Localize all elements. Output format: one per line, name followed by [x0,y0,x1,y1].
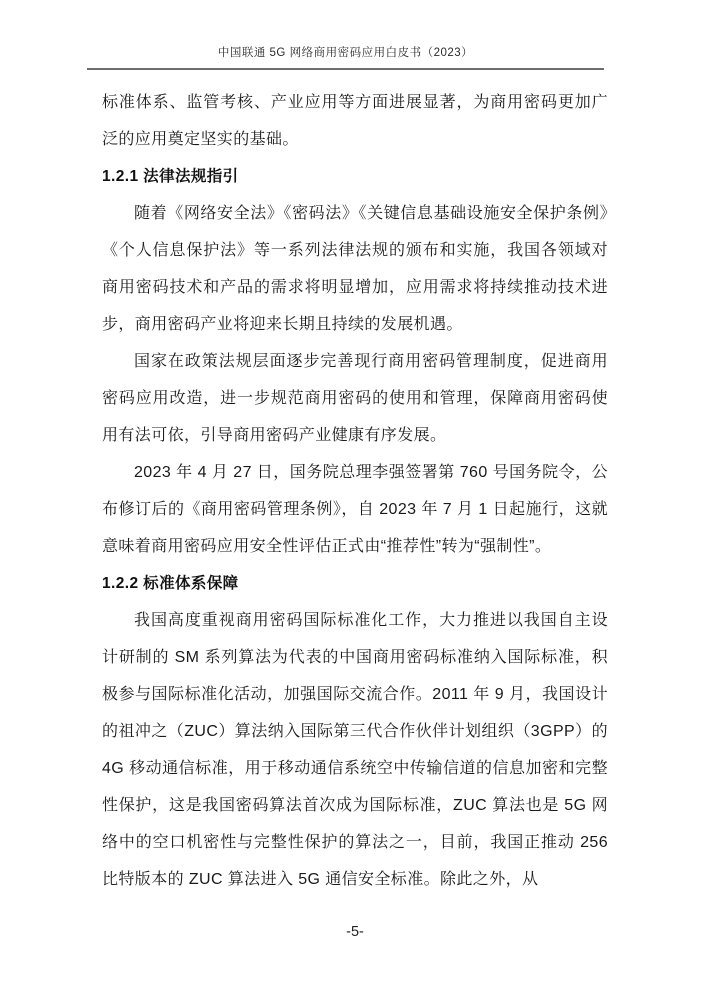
paragraph-regulation-2023: 2023 年 4 月 27 日，国务院总理李强签署第 760 号国务院令，公布修… [102,454,608,565]
document-title: 中国联通 5G 网络商用密码应用白皮书（2023） [87,44,604,68]
paragraph-laws-overview: 随着《网络安全法》《密码法》《关键信息基础设施安全保护条例》《个人信息保护法》等… [102,195,608,343]
section-heading-1-2-2: 1.2.2 标准体系保障 [102,565,608,602]
page-number: -5- [346,924,364,940]
paragraph-continuation: 标准体系、监管考核、产业应用等方面进展显著，为商用密码更加广泛的应用奠定坚实的基… [102,84,608,158]
page-footer: -5- [0,920,710,944]
document-page: 中国联通 5G 网络商用密码应用白皮书（2023） 标准体系、监管考核、产业应用… [0,0,710,1004]
paragraph-policy-improvement: 国家在政策法规层面逐步完善现行商用密码管理制度，促进商用密码应用改造，进一步规范… [102,343,608,454]
section-heading-1-2-1: 1.2.1 法律法规指引 [102,158,608,195]
page-header: 中国联通 5G 网络商用密码应用白皮书（2023） [87,44,604,70]
document-body: 标准体系、监管考核、产业应用等方面进展显著，为商用密码更加广泛的应用奠定坚实的基… [102,84,608,898]
paragraph-standards-international: 我国高度重视商用密码国际标准化工作，大力推进以我国自主设计研制的 SM 系列算法… [102,602,608,898]
header-rule-divider [87,68,604,70]
